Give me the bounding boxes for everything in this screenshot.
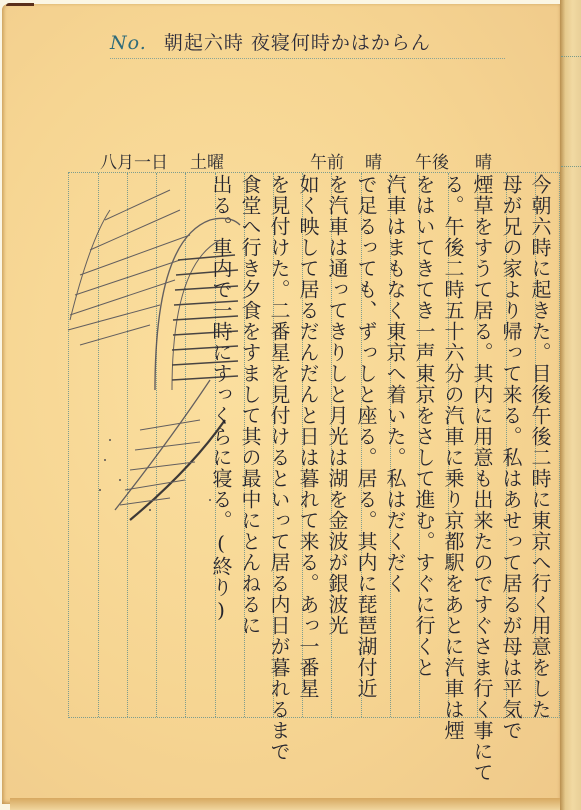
text-column-10: を見付けた。二番星を見付けるといって居る内日が暮れるまで (266, 174, 292, 762)
weather-afternoon-label: 午後 (415, 148, 449, 173)
weather-afternoon: 晴 (475, 148, 492, 173)
weather-morning: 晴 (365, 148, 382, 173)
entry-date: 八月一日 (100, 148, 168, 173)
text-column-2: 母が兄の家より帰って来る。私はあせって居るが母は平気で (498, 174, 524, 741)
text-column-8: を汽車は通ってきりしと月光は湖を金波が銀波光 (324, 174, 350, 636)
header-rule (110, 58, 505, 59)
text-column-6: 汽車はまもなく東京へ着いた。私はだくだく (382, 174, 408, 594)
page-header: No. 朝起六時 夜寝何時かはからん (110, 28, 510, 56)
text-column-9: 如く映して居るだんだんと日は暮れて来る。あっ一番星 (295, 174, 321, 699)
entry-weekday: 土曜 (190, 148, 224, 173)
text-column-7: で足るっても、ずっしと座る。居る。其内に琵琶湖付近 (353, 174, 379, 699)
notebook-spine (560, 0, 581, 810)
weather-morning-label: 午前 (310, 148, 344, 173)
text-column-1: 今朝六時に起きた。目後午後二時に東京へ行く用意をした (527, 174, 553, 720)
text-column-5: をはいてきてき一声東京をさして進む。すぐに行くと (411, 174, 437, 678)
text-column-4: る。午後二時五十六分の汽車に乗り京都駅をあとに汽車は煙 (440, 174, 466, 741)
tunnel-sketch-icon (60, 180, 260, 580)
text-column-3: 煙草をすうて居る。其内に用意も出来たのですぐさま行く事にて (469, 174, 495, 783)
header-text: 朝起六時 夜寝何時かはからん (164, 32, 431, 54)
page-bottom-edge (10, 798, 560, 810)
next-page-rule (561, 166, 581, 167)
next-page-rule (561, 56, 581, 57)
entry-meta: 八月一日 土曜 午前 晴 午後 晴 (95, 148, 525, 174)
header-number-label: No. (110, 32, 147, 54)
page-corner-edge (6, 3, 34, 6)
